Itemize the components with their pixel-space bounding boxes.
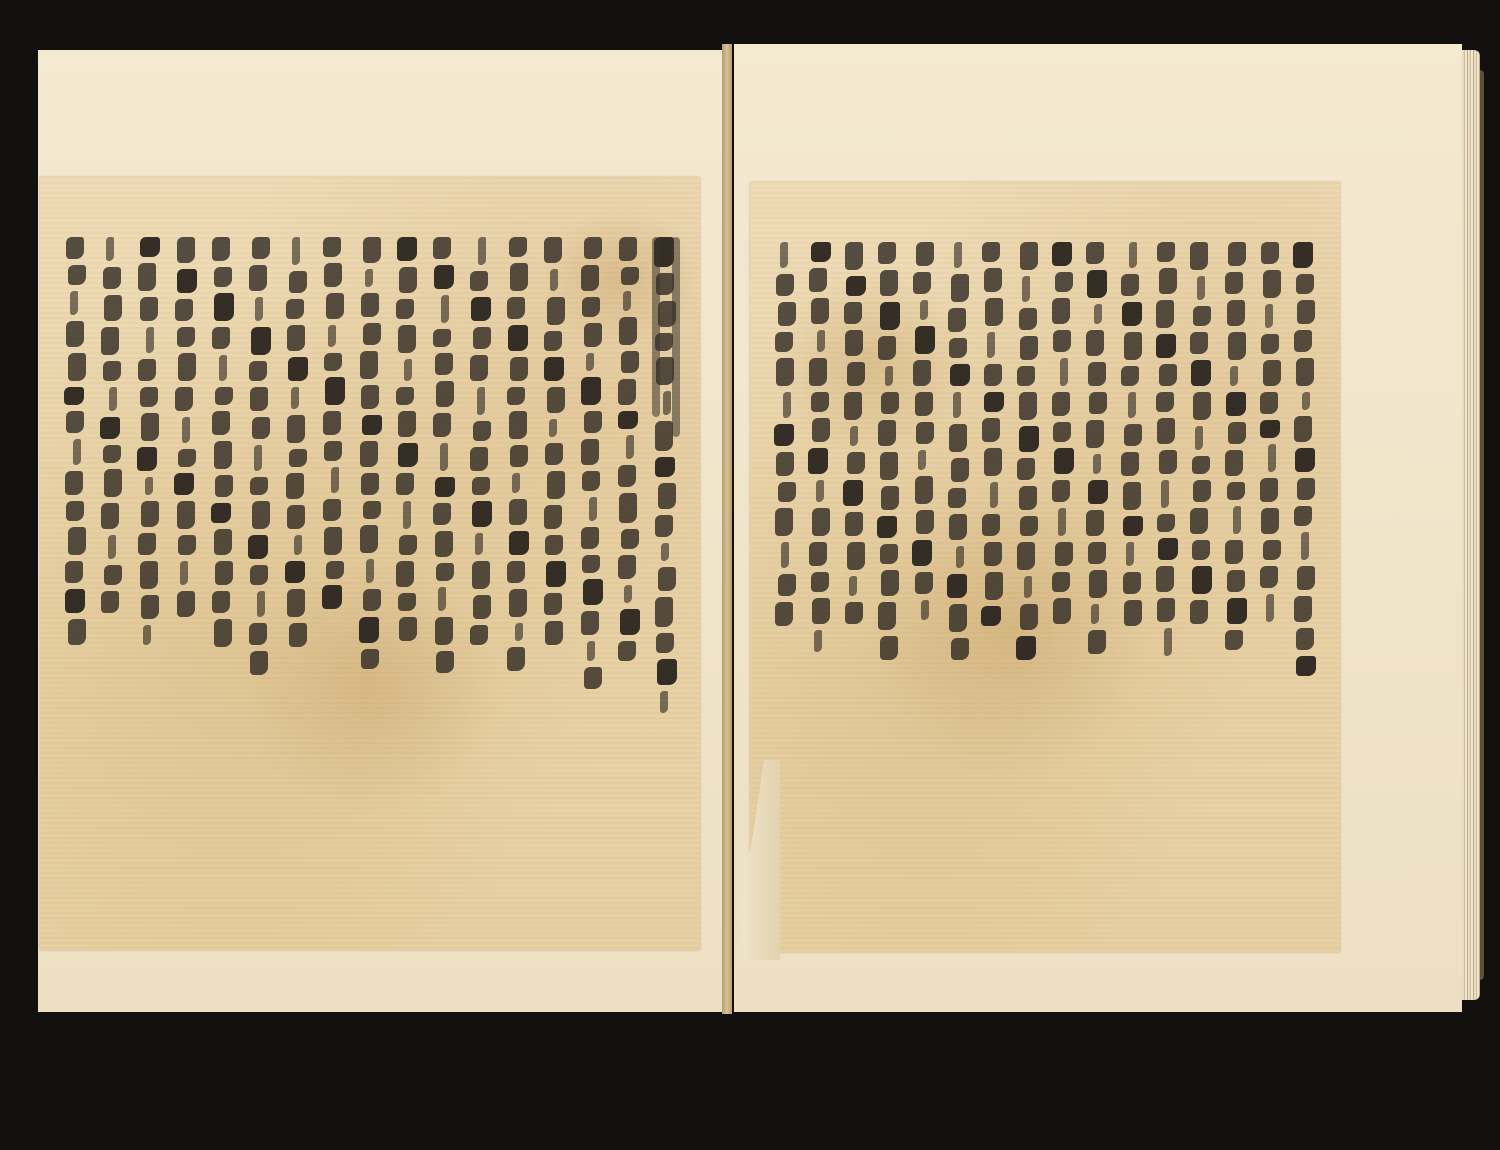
handwritten-glyph [582,555,600,573]
handwritten-glyph [1123,482,1141,510]
handwritten-glyph [880,544,898,564]
handwritten-glyph [624,585,632,603]
handwritten-glyph [214,441,232,469]
handwritten-glyph [545,443,563,465]
handwritten-glyph [620,609,640,635]
handwritten-glyph [1126,542,1134,566]
text-column [1188,242,1214,912]
handwritten-glyph [1121,366,1139,386]
handwritten-glyph [214,293,234,321]
handwritten-glyph [1157,598,1175,622]
handwritten-glyph [660,691,668,713]
handwritten-glyph [435,477,455,497]
handwritten-glyph [470,271,488,291]
handwritten-glyph [289,449,307,467]
handwritten-glyph [1052,242,1072,266]
left-text-columns [62,237,678,910]
handwritten-glyph [435,617,453,645]
handwritten-glyph [618,555,636,579]
text-column [945,242,971,912]
handwritten-glyph [108,535,116,559]
handwritten-glyph [621,267,639,285]
handwritten-glyph [544,357,564,381]
handwritten-glyph [252,501,270,529]
handwritten-glyph [178,535,196,555]
handwritten-glyph [326,293,344,319]
handwritten-glyph [581,527,599,549]
handwritten-glyph [877,516,897,538]
handwritten-glyph [657,659,677,685]
handwritten-glyph [177,327,195,347]
handwritten-glyph [138,533,156,555]
handwritten-glyph [360,525,378,553]
handwritten-glyph [845,330,863,356]
handwritten-glyph [1094,304,1102,324]
handwritten-glyph [846,276,866,296]
handwritten-glyph [1296,628,1314,650]
text-column [246,237,272,910]
handwritten-glyph [844,302,862,324]
text-column [283,237,309,910]
handwritten-glyph [845,242,863,270]
handwritten-glyph [361,473,379,495]
handwritten-glyph [1086,420,1104,448]
handwritten-glyph [1086,330,1104,356]
handwritten-glyph [984,542,1002,566]
handwritten-glyph [847,542,865,570]
handwritten-glyph [812,508,830,536]
handwritten-glyph [1088,362,1106,386]
handwritten-glyph [661,543,669,561]
handwritten-glyph [778,574,796,596]
fore-edge-page-stack [1462,50,1480,1000]
handwritten-glyph [1190,508,1208,534]
handwritten-glyph [987,332,995,358]
handwritten-glyph [1089,392,1107,414]
handwritten-glyph [250,387,268,411]
text-column [210,237,236,910]
handwritten-glyph [1020,516,1038,536]
handwritten-glyph [472,561,490,589]
handwritten-glyph [1190,600,1208,624]
handwritten-glyph [985,298,1003,326]
handwritten-glyph [249,623,267,645]
open-manuscript: Left page (verso) Right page (recto) [0,0,1500,1150]
handwritten-glyph [1296,274,1314,294]
handwritten-glyph [146,327,154,353]
handwritten-glyph [655,421,673,451]
text-column [431,237,457,910]
handwritten-glyph [145,477,153,495]
handwritten-glyph [878,602,896,630]
handwritten-glyph [1091,604,1099,624]
handwritten-glyph [1053,330,1071,352]
handwritten-glyph [811,298,829,324]
text-column [357,237,383,910]
handwritten-glyph [915,392,933,416]
handwritten-glyph [589,497,597,521]
handwritten-glyph [104,469,122,497]
handwritten-glyph [814,630,822,652]
handwritten-glyph [359,617,379,643]
handwritten-glyph [1024,576,1032,598]
handwritten-glyph [215,561,233,585]
handwritten-glyph [1190,242,1208,270]
text-column [911,242,937,912]
handwritten-glyph [515,623,523,641]
handwritten-glyph [396,299,414,319]
handwritten-glyph [545,621,563,645]
handwritten-glyph [363,501,381,519]
handwritten-glyph [915,326,935,354]
handwritten-glyph [138,263,156,291]
handwritten-glyph [885,366,893,386]
handwritten-glyph [323,499,341,521]
handwritten-glyph [1054,448,1074,474]
handwritten-glyph [1055,542,1073,566]
handwritten-glyph [1159,268,1177,294]
handwritten-glyph [1296,656,1316,676]
handwritten-glyph [510,445,528,467]
handwritten-glyph [510,263,528,291]
handwritten-glyph [251,327,271,355]
handwritten-glyph [1228,422,1246,444]
handwritten-glyph [1266,594,1274,622]
handwritten-glyph [287,325,305,351]
handwritten-glyph [291,387,299,409]
fore-edge-shadow [1480,70,1484,980]
handwritten-glyph [658,483,676,509]
handwritten-glyph [1293,242,1313,268]
handwritten-glyph [775,602,793,626]
handwritten-glyph [581,377,601,405]
handwritten-glyph [175,299,193,321]
handwritten-glyph [65,471,83,495]
handwritten-glyph [951,274,969,302]
handwritten-glyph [775,508,793,536]
handwritten-glyph [809,268,827,292]
handwritten-glyph [1156,566,1174,592]
handwritten-glyph [473,421,491,441]
handwritten-glyph [809,542,827,566]
handwritten-glyph [913,360,931,386]
handwritten-glyph [214,619,232,647]
right-text-sheet: Right page (recto) [750,182,1340,952]
handwritten-glyph [1052,298,1070,324]
handwritten-glyph [582,297,600,317]
handwritten-glyph [473,327,491,349]
handwritten-glyph [581,611,599,635]
handwritten-glyph [618,465,636,487]
handwritten-glyph [140,561,158,589]
handwritten-glyph [1123,516,1143,536]
handwritten-glyph [811,242,831,262]
handwritten-glyph [780,242,788,268]
handwritten-glyph [811,392,829,412]
handwritten-glyph [1193,480,1211,502]
handwritten-glyph [849,576,857,596]
handwritten-glyph [101,591,119,613]
handwritten-glyph [778,302,796,326]
handwritten-glyph [325,377,345,405]
left-page-label: Left page (verso) [40,177,41,178]
text-column [320,237,346,910]
handwritten-glyph [66,501,84,521]
handwritten-glyph [287,415,305,443]
handwritten-glyph [584,237,602,259]
handwritten-glyph [880,452,898,480]
handwritten-glyph [1122,302,1142,326]
handwritten-glyph [322,585,342,609]
handwritten-glyph [324,441,342,461]
handwritten-glyph [812,418,830,442]
handwritten-glyph [68,353,86,381]
handwritten-glyph [880,270,898,296]
handwritten-glyph [399,535,417,555]
handwritten-glyph [881,570,899,596]
handwritten-glyph [1233,506,1241,534]
handwritten-glyph [587,641,595,661]
handwritten-glyph [584,411,602,433]
handwritten-glyph [326,561,344,579]
handwritten-glyph [844,392,862,420]
handwritten-glyph [915,476,933,504]
handwritten-glyph [104,565,122,585]
binding-gutter [722,44,732,1014]
handwritten-glyph [361,385,379,409]
handwritten-glyph [141,413,159,441]
handwritten-glyph [363,323,381,345]
handwritten-glyph [1263,270,1281,298]
handwritten-glyph [214,529,232,555]
handwritten-glyph [73,439,81,465]
handwritten-glyph [655,515,673,537]
handwritten-glyph [66,321,84,347]
text-column [173,237,199,910]
handwritten-glyph [1260,566,1278,588]
handwritten-glyph [174,473,194,495]
handwritten-glyph [254,445,262,471]
handwritten-glyph [1124,600,1142,626]
handwritten-glyph [103,445,121,463]
handwritten-glyph [619,237,637,261]
handwritten-glyph [1123,572,1141,594]
handwritten-glyph [399,267,417,293]
handwritten-glyph [398,593,416,611]
handwritten-glyph [619,493,637,523]
handwritten-glyph [143,625,151,645]
handwritten-glyph [1192,566,1212,594]
handwritten-glyph [366,559,374,583]
handwritten-glyph [436,381,454,407]
handwritten-glyph [1121,274,1139,296]
text-column [394,237,420,910]
handwritten-glyph [1053,422,1071,442]
marginal-annotation [652,237,660,417]
handwritten-glyph [294,535,302,555]
right-text-columns [772,242,1318,912]
handwritten-glyph [328,325,336,347]
handwritten-glyph [512,473,520,493]
text-column [505,237,531,910]
handwritten-glyph [507,297,525,319]
handwritten-glyph [215,475,233,497]
handwritten-glyph [951,638,969,660]
handwritten-glyph [913,272,931,294]
handwritten-glyph [544,237,562,263]
handwritten-glyph [1157,418,1175,444]
handwritten-glyph [435,531,453,557]
handwritten-glyph [433,503,451,525]
handwritten-glyph [776,358,794,386]
handwritten-glyph [287,589,305,617]
handwritten-glyph [1164,628,1172,656]
handwritten-glyph [816,480,824,502]
handwritten-glyph [177,269,197,293]
handwritten-glyph [103,267,121,289]
handwritten-glyph [545,535,563,555]
handwritten-glyph [289,623,307,647]
handwritten-glyph [1019,308,1037,330]
handwritten-glyph [808,448,828,474]
handwritten-glyph [1129,242,1137,268]
handwritten-glyph [1192,540,1210,560]
handwritten-glyph [586,353,594,371]
handwritten-glyph [141,595,159,619]
handwritten-glyph [436,651,454,673]
handwritten-glyph [881,486,899,510]
handwritten-glyph [1087,270,1107,298]
handwritten-glyph [1193,306,1211,326]
handwritten-glyph [292,237,300,265]
handwritten-glyph [475,533,483,555]
handwritten-glyph [68,527,86,555]
handwritten-glyph [1197,276,1205,300]
handwritten-glyph [360,351,378,379]
handwritten-glyph [1156,334,1176,358]
handwritten-glyph [398,325,416,353]
handwritten-glyph [104,295,122,321]
handwritten-glyph [845,512,863,536]
handwritten-glyph [1019,486,1037,510]
handwritten-glyph [949,514,967,540]
handwritten-glyph [1020,336,1038,360]
handwritten-glyph [583,579,603,605]
handwritten-glyph [324,353,342,371]
handwritten-glyph [249,361,267,381]
left-text-sheet: Left page (verso) [40,177,700,950]
handwritten-glyph [984,448,1002,476]
handwritten-glyph [287,505,305,529]
handwritten-glyph [433,329,451,347]
handwritten-glyph [781,542,789,568]
handwritten-glyph [178,353,196,381]
handwritten-glyph [1159,364,1177,386]
handwritten-glyph [981,606,1001,626]
handwritten-glyph [618,379,636,405]
handwritten-glyph [948,488,966,508]
handwritten-glyph [655,457,675,477]
handwritten-glyph [1263,540,1281,560]
handwritten-glyph [1226,392,1246,416]
handwritten-glyph [547,297,565,325]
text-column [1049,242,1075,912]
handwritten-glyph [1020,242,1038,270]
text-column [807,242,833,912]
handwritten-glyph [1020,604,1038,630]
handwritten-glyph [1265,304,1273,328]
handwritten-glyph [1161,480,1169,508]
handwritten-glyph [1017,366,1035,386]
handwritten-glyph [1190,332,1208,354]
handwritten-glyph [656,633,674,653]
handwritten-glyph [1052,572,1070,592]
handwritten-glyph [878,242,896,264]
handwritten-glyph [626,435,634,459]
handwritten-glyph [982,418,1000,442]
handwritten-glyph [470,447,488,471]
handwritten-glyph [1301,532,1309,560]
handwritten-glyph [250,477,268,495]
handwritten-glyph [212,237,230,261]
handwritten-glyph [140,387,158,407]
handwritten-glyph [1022,276,1030,302]
handwritten-glyph [1225,272,1243,294]
handwritten-glyph [1296,358,1314,386]
handwritten-glyph [847,362,865,386]
handwritten-glyph [289,271,307,293]
handwritten-glyph [916,510,934,534]
handwritten-glyph [1060,358,1068,386]
right-page-label: Right page (recto) [750,182,751,183]
handwritten-glyph [1261,242,1279,264]
handwritten-glyph [655,597,673,627]
handwritten-glyph [473,595,491,619]
handwritten-glyph [323,411,341,435]
handwritten-glyph [509,411,527,439]
handwritten-glyph [1088,630,1106,654]
handwritten-glyph [1124,424,1142,446]
handwritten-glyph [365,269,373,287]
handwritten-glyph [361,649,379,669]
handwritten-glyph [66,411,84,433]
handwritten-glyph [399,617,417,641]
handwritten-glyph [477,387,485,415]
handwritten-glyph [1052,480,1070,502]
handwritten-glyph [623,291,631,311]
handwritten-glyph [916,242,934,266]
handwritten-glyph [549,419,557,437]
handwritten-glyph [1195,426,1203,450]
handwritten-glyph [1089,570,1107,598]
handwritten-glyph [1263,360,1281,386]
handwritten-glyph [1302,392,1310,410]
handwritten-glyph [470,355,488,381]
handwritten-glyph [252,417,270,439]
handwritten-glyph [362,415,382,435]
handwritten-glyph [255,297,263,321]
handwritten-glyph [324,263,342,287]
handwritten-glyph [920,300,928,320]
handwritten-glyph [581,439,599,465]
handwritten-glyph [180,561,188,585]
handwritten-glyph [509,589,527,617]
handwritten-glyph [1227,570,1245,592]
handwritten-glyph [1228,242,1246,266]
handwritten-glyph [248,535,268,559]
handwritten-glyph [140,237,160,257]
handwritten-glyph [1192,456,1210,474]
